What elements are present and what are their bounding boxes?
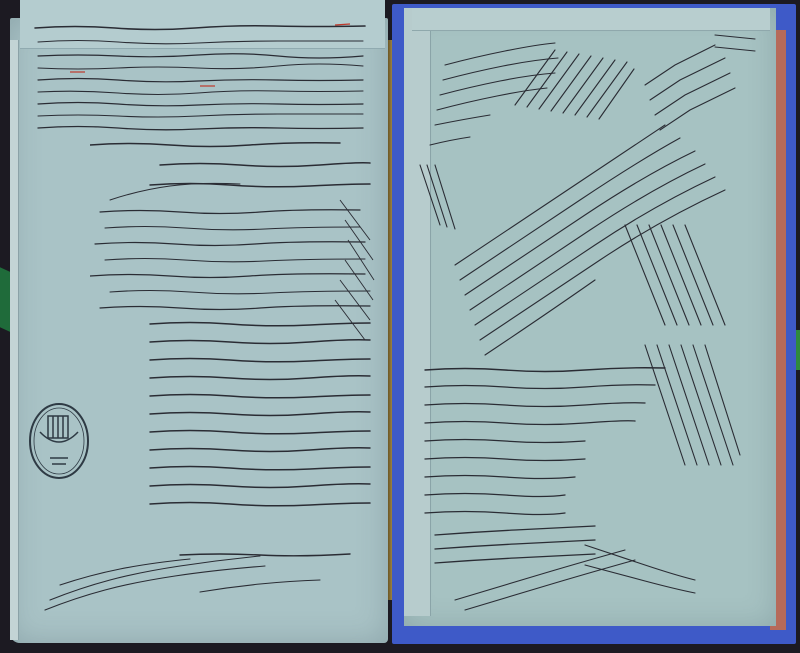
left-page-main-text: [90, 140, 380, 520]
left-page-top-text-block: [30, 20, 370, 140]
manuscript-scene: [0, 0, 800, 653]
right-page-marginalia: [415, 25, 775, 615]
seal-stamp: [28, 402, 90, 480]
left-page-edge: [10, 40, 19, 640]
left-page-bottom-marginalia: [40, 540, 360, 620]
